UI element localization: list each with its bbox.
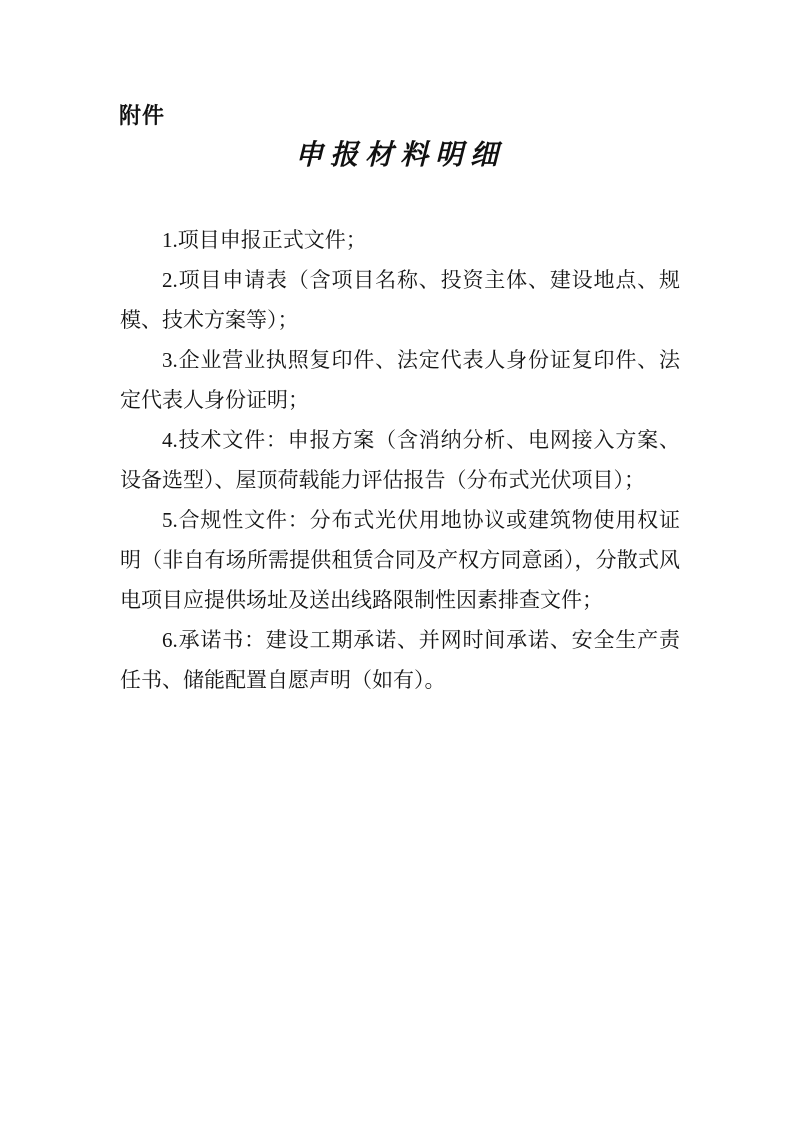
list-item-3: 3.企业营业执照复印件、法定代表人身份证复印件、法定代表人身份证明； bbox=[120, 340, 680, 420]
page-title: 申报材料明细 bbox=[0, 138, 793, 172]
attachment-label: 附件 bbox=[119, 103, 165, 129]
list-item-1: 1.项目申报正式文件； bbox=[120, 220, 680, 260]
document-page: 附件 申报材料明细 1.项目申报正式文件； 2.项目申请表（含项目名称、投资主体… bbox=[0, 0, 793, 1122]
list-item-5: 5.合规性文件：分布式光伏用地协议或建筑物使用权证明（非自有场所需提供租赁合同及… bbox=[120, 500, 680, 620]
list-item-6: 6.承诺书：建设工期承诺、并网时间承诺、安全生产责任书、储能配置自愿声明（如有）… bbox=[120, 620, 680, 700]
document-body: 1.项目申报正式文件； 2.项目申请表（含项目名称、投资主体、建设地点、规模、技… bbox=[120, 220, 680, 700]
list-item-2: 2.项目申请表（含项目名称、投资主体、建设地点、规模、技术方案等）； bbox=[120, 260, 680, 340]
list-item-4: 4.技术文件：申报方案（含消纳分析、电网接入方案、设备选型）、屋顶荷载能力评估报… bbox=[120, 420, 680, 500]
